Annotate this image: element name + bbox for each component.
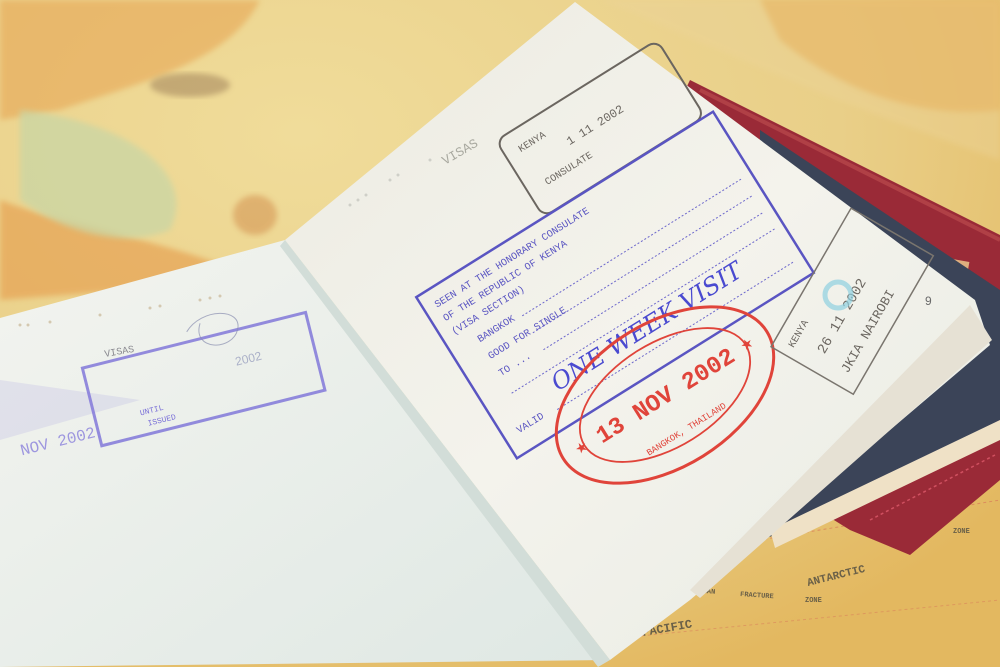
- map-label-zone: ZONE: [805, 597, 822, 605]
- passport-photo: PACIFIC PITMAN FRACTURE ZONE ANTARCTIC Z…: [0, 0, 1000, 667]
- photo-canvas: PACIFIC PITMAN FRACTURE ZONE ANTARCTIC Z…: [0, 0, 1000, 667]
- page-number: 9: [925, 294, 932, 308]
- map-label-zone-2: ZONE: [953, 528, 970, 536]
